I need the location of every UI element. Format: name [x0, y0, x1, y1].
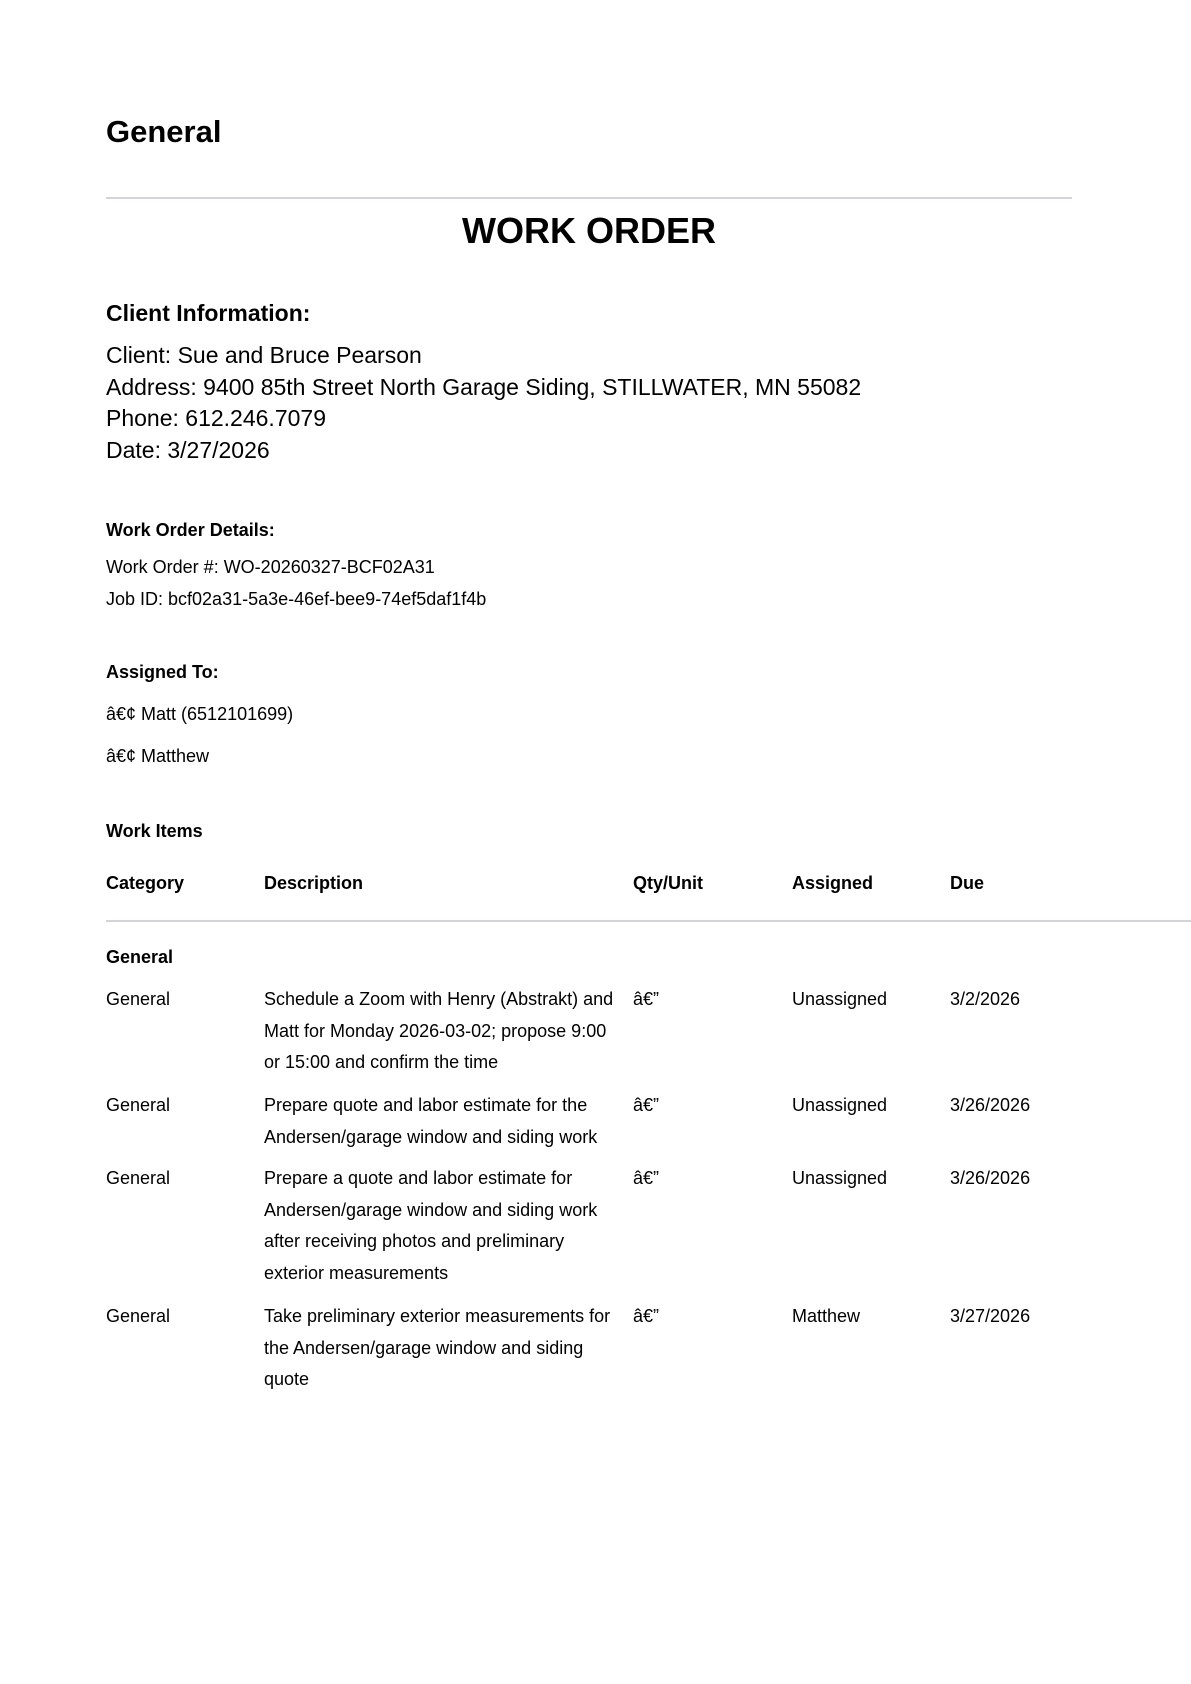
job-id: Job ID: bcf02a31-5a3e-46ef-bee9-74ef5daf…	[106, 583, 486, 615]
cell-description: Prepare quote and labor estimate for the…	[264, 1090, 619, 1153]
cell-assigned: Unassigned	[792, 1090, 887, 1122]
cell-due: 3/2/2026	[950, 984, 1020, 1016]
cell-category: General	[106, 1090, 170, 1122]
cell-assigned: Unassigned	[792, 1163, 887, 1195]
cell-qty-unit: â€”	[633, 1090, 659, 1122]
document-heading: General	[106, 114, 221, 150]
assignee-item: â€¢ Matthew	[106, 745, 293, 767]
work-items-table-header: Category Description Qty/Unit Assigned D…	[106, 872, 1191, 894]
cell-qty-unit: â€”	[633, 1163, 659, 1195]
cell-description: Prepare a quote and labor estimate for A…	[264, 1163, 619, 1290]
client-information-section: Client Information: Client: Sue and Bruc…	[106, 299, 861, 467]
cell-category: General	[106, 1163, 170, 1195]
column-header-category: Category	[106, 872, 184, 894]
cell-due: 3/26/2026	[950, 1163, 1030, 1195]
client-information-heading: Client Information:	[106, 299, 861, 327]
cell-category: General	[106, 1301, 170, 1333]
cell-description: Schedule a Zoom with Henry (Abstrakt) an…	[264, 984, 619, 1079]
column-header-description: Description	[264, 872, 619, 894]
client-name: Client: Sue and Bruce Pearson	[106, 340, 861, 372]
client-phone: Phone: 612.246.7079	[106, 403, 861, 435]
work-order-number: Work Order #: WO-20260327-BCF02A31	[106, 551, 486, 583]
table-header-divider	[106, 920, 1191, 922]
cell-due: 3/27/2026	[950, 1301, 1030, 1333]
assignee-item: â€¢ Matt (6512101699)	[106, 703, 293, 725]
cell-assigned: Unassigned	[792, 984, 887, 1016]
cell-category: General	[106, 984, 170, 1016]
cell-due: 3/26/2026	[950, 1090, 1030, 1122]
page-title: WORK ORDER	[106, 210, 1072, 252]
work-order-details-section: Work Order Details: Work Order #: WO-202…	[106, 519, 486, 615]
column-header-assigned: Assigned	[792, 872, 873, 894]
cell-description: Take preliminary exterior measurements f…	[264, 1301, 619, 1396]
work-items-heading: Work Items	[106, 820, 203, 842]
assigned-to-section: Assigned To: â€¢ Matt (6512101699) â€¢ M…	[106, 661, 293, 767]
cell-assigned: Matthew	[792, 1301, 860, 1333]
client-date: Date: 3/27/2026	[106, 435, 861, 467]
assigned-to-heading: Assigned To:	[106, 661, 293, 683]
column-header-due: Due	[950, 872, 984, 894]
cell-qty-unit: â€”	[633, 984, 659, 1016]
header-divider	[106, 197, 1072, 199]
work-order-details-heading: Work Order Details:	[106, 519, 486, 541]
category-group-label: General	[106, 946, 173, 968]
cell-qty-unit: â€”	[633, 1301, 659, 1333]
column-header-qty-unit: Qty/Unit	[633, 872, 703, 894]
client-address: Address: 9400 85th Street North Garage S…	[106, 372, 861, 404]
